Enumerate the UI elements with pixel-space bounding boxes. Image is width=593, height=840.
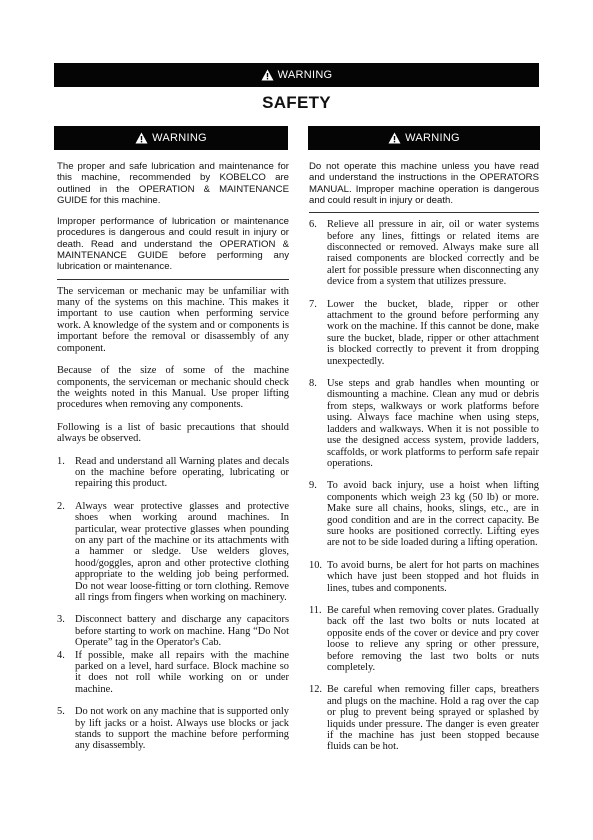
warning-triangle-icon [388, 132, 401, 144]
precaution-item: 3. Disconnect battery and discharge any … [57, 614, 289, 648]
right-column: Do not operate this machine unless you h… [309, 161, 539, 764]
warning-label: WARNING [278, 69, 333, 81]
precaution-item: 9. To avoid back injury, use a hoist whe… [309, 480, 539, 548]
body-paragraph: Following is a list of basic precautions… [57, 422, 289, 445]
item-text: Be careful when removing filler caps, br… [327, 684, 539, 752]
item-text: Use steps and grab handles when mounting… [327, 378, 539, 469]
body-paragraph: Because of the size of some of the machi… [57, 365, 289, 411]
left-column: The proper and safe lubrication and main… [57, 161, 289, 763]
precaution-item: 11. Be careful when removing cover plate… [309, 605, 539, 673]
warning-paragraph: Improper performance of lubrication or m… [57, 216, 289, 272]
item-number: 6. [309, 219, 327, 287]
warning-triangle-icon [135, 132, 148, 144]
divider [309, 212, 539, 213]
precaution-item: 7. Lower the bucket, blade, ripper or ot… [309, 299, 539, 367]
body-paragraph: The serviceman or mechanic may be unfami… [57, 286, 289, 354]
item-text: Lower the bucket, blade, ripper or other… [327, 299, 539, 367]
item-number: 1. [57, 456, 75, 490]
item-text: To avoid burns, be alert for hot parts o… [327, 560, 539, 594]
item-text: Be careful when removing cover plates. G… [327, 605, 539, 673]
precaution-item: 5. Do not work on any machine that is su… [57, 706, 289, 752]
item-text: Relieve all pressure in air, oil or wate… [327, 219, 539, 287]
item-text: Read and understand all Warning plates a… [75, 456, 289, 490]
precaution-item: 10. To avoid burns, be alert for hot par… [309, 560, 539, 594]
item-number: 8. [309, 378, 327, 469]
divider [57, 279, 289, 280]
page-title: SAFETY [54, 93, 539, 113]
right-warning-banner: WARNING [308, 126, 540, 150]
item-text: Disconnect battery and discharge any cap… [75, 614, 289, 648]
precaution-item: 6. Relieve all pressure in air, oil or w… [309, 219, 539, 287]
left-warning-banner: WARNING [54, 126, 288, 150]
item-number: 3. [57, 614, 75, 648]
precaution-item: 4. If possible, make all repairs with th… [57, 650, 289, 696]
item-number: 2. [57, 501, 75, 604]
warning-paragraph: Do not operate this machine unless you h… [309, 161, 539, 206]
item-number: 11. [309, 605, 327, 673]
item-text: If possible, make all repairs with the m… [75, 650, 289, 696]
item-number: 7. [309, 299, 327, 367]
warning-paragraph: The proper and safe lubrication and main… [57, 161, 289, 206]
item-text: Do not work on any machine that is suppo… [75, 706, 289, 752]
warning-triangle-icon [261, 69, 274, 81]
item-number: 9. [309, 480, 327, 548]
precaution-item: 2. Always wear protective glasses and pr… [57, 501, 289, 604]
item-number: 12. [309, 684, 327, 752]
warning-label: WARNING [152, 132, 207, 144]
item-number: 10. [309, 560, 327, 594]
item-text: Always wear protective glasses and prote… [75, 501, 289, 604]
top-warning-banner: WARNING [54, 63, 539, 87]
warning-label: WARNING [405, 132, 460, 144]
item-text: To avoid back injury, use a hoist when l… [327, 480, 539, 548]
precaution-item: 8. Use steps and grab handles when mount… [309, 378, 539, 469]
precaution-item: 1. Read and understand all Warning plate… [57, 456, 289, 490]
precaution-item: 12. Be careful when removing filler caps… [309, 684, 539, 752]
item-number: 4. [57, 650, 75, 696]
item-number: 5. [57, 706, 75, 752]
